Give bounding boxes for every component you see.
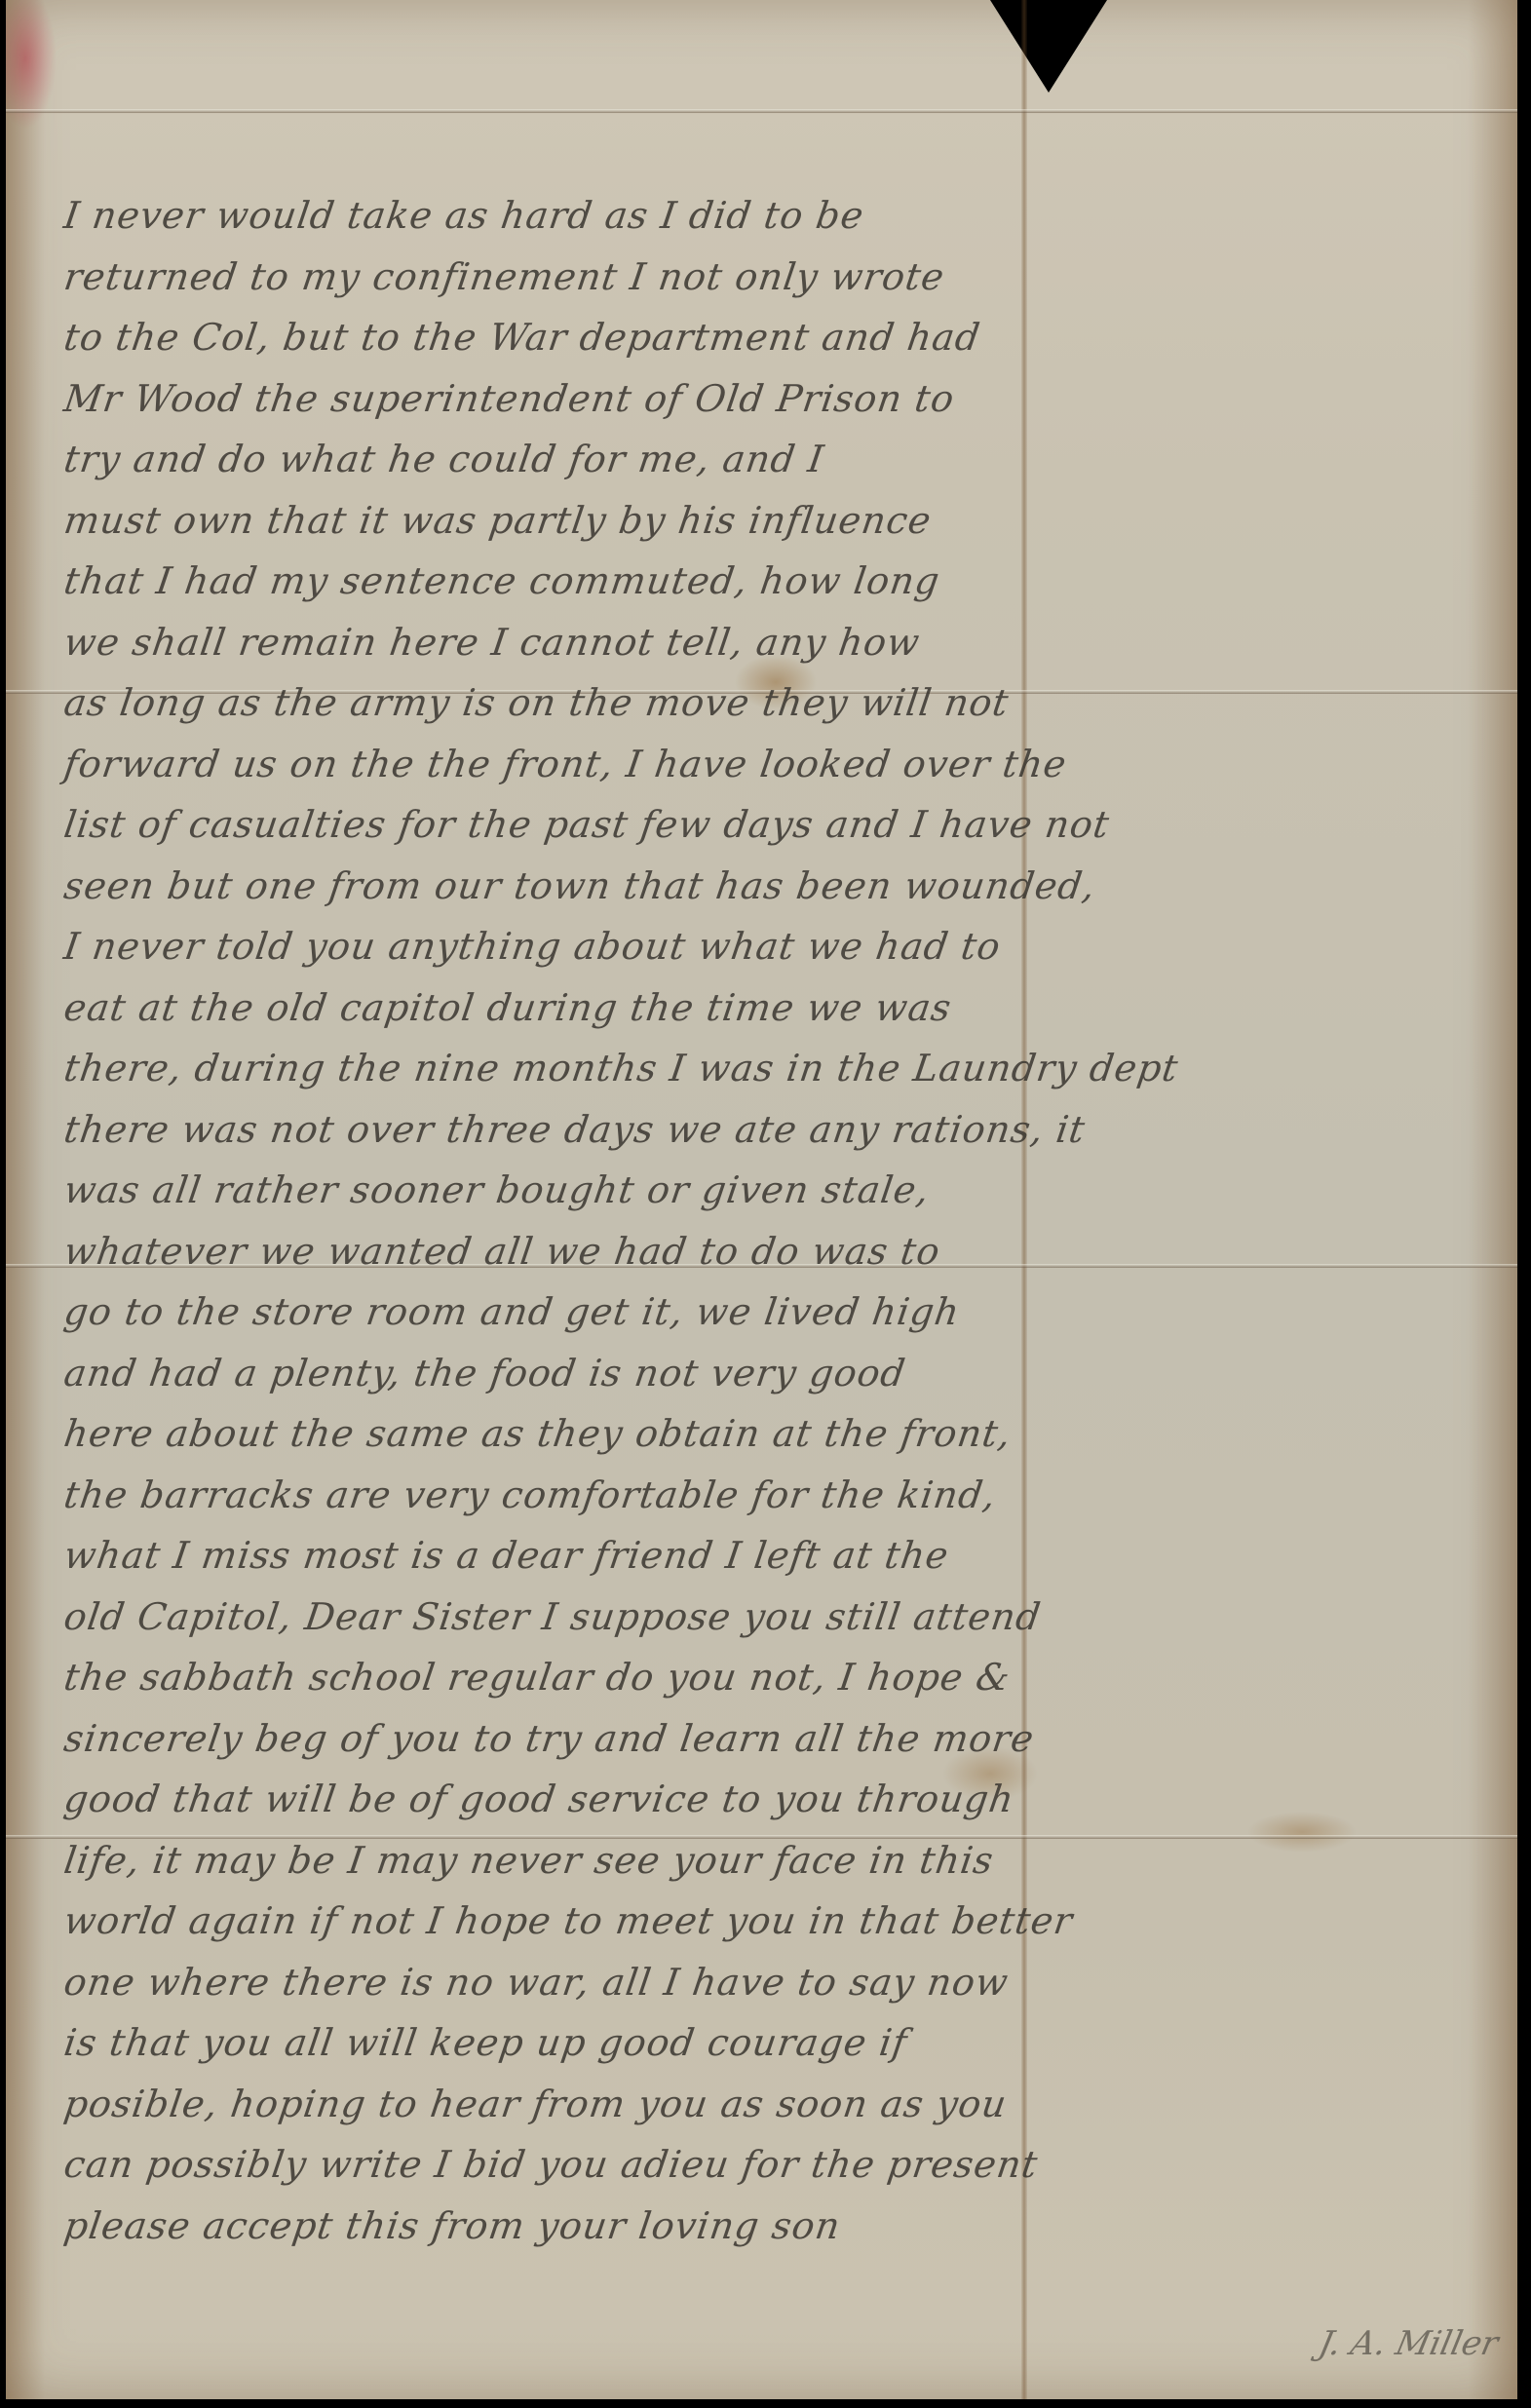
letter-line: we shall remain here I cannot tell, any …	[60, 612, 1492, 673]
letter-line: was all rather sooner bought or given st…	[60, 1160, 1492, 1221]
letter-line: the barracks are very comfortable for th…	[60, 1465, 1492, 1526]
letter-line: what I miss most is a dear friend I left…	[60, 1525, 1492, 1586]
letter-paper: I never would take as hard as I did to b…	[6, 0, 1517, 2399]
letter-line: that I had my sentence commuted, how lon…	[60, 551, 1492, 612]
letter-line: please accept this from your loving son	[60, 2196, 1492, 2257]
letter-line: here about the same as they obtain at th…	[60, 1403, 1492, 1465]
letter-line: to the Col, but to the War department an…	[60, 307, 1492, 368]
signature: J. A. Miller	[1316, 2324, 1502, 2363]
letter-line: try and do what he could for me, and I	[60, 429, 1492, 490]
letter-line: world again if not I hope to meet you in…	[60, 1891, 1492, 1952]
letter-line: one where there is no war, all I have to…	[60, 1952, 1492, 2013]
letter-line: go to the store room and get it, we live…	[60, 1281, 1492, 1343]
letter-line: good that will be of good service to you…	[60, 1769, 1492, 1830]
torn-notch	[990, 0, 1107, 93]
letter-line: whatever we wanted all we had to do was …	[60, 1221, 1492, 1282]
letter-line: and had a plenty, the food is not very g…	[60, 1343, 1492, 1404]
letter-line: I never told you anything about what we …	[60, 916, 1492, 977]
letter-line: posible, hoping to hear from you as soon…	[60, 2074, 1492, 2135]
letter-line: seen but one from our town that has been…	[60, 856, 1492, 917]
letter-line: eat at the old capitol during the time w…	[60, 977, 1492, 1039]
letter-line: there was not over three days we ate any…	[60, 1099, 1492, 1161]
letter-line: sincerely beg of you to try and learn al…	[60, 1708, 1492, 1770]
letter-line: list of casualties for the past few days…	[60, 794, 1492, 856]
letter-line: old Capitol, Dear Sister I suppose you s…	[60, 1586, 1492, 1648]
letter-line: I never would take as hard as I did to b…	[60, 185, 1492, 247]
horizontal-fold-crease	[6, 109, 1517, 113]
letter-line: life, it may be I may never see your fac…	[60, 1830, 1492, 1892]
letter-line: can possibly write I bid you adieu for t…	[60, 2134, 1492, 2196]
letter-line: Mr Wood the superintendent of Old Prison…	[60, 368, 1492, 430]
letter-body: I never would take as hard as I did to b…	[64, 185, 1487, 2256]
letter-line: the sabbath school regular do you not, I…	[60, 1647, 1492, 1708]
letter-line: is that you all will keep up good courag…	[60, 2012, 1492, 2074]
letter-line: must own that it was partly by his influ…	[60, 490, 1492, 552]
letter-line: as long as the army is on the move they …	[60, 672, 1492, 734]
letter-line: forward us on the the front, I have look…	[60, 734, 1492, 795]
letter-line: returned to my confinement I not only wr…	[60, 247, 1492, 308]
letter-line: there, during the nine months I was in t…	[60, 1038, 1492, 1099]
